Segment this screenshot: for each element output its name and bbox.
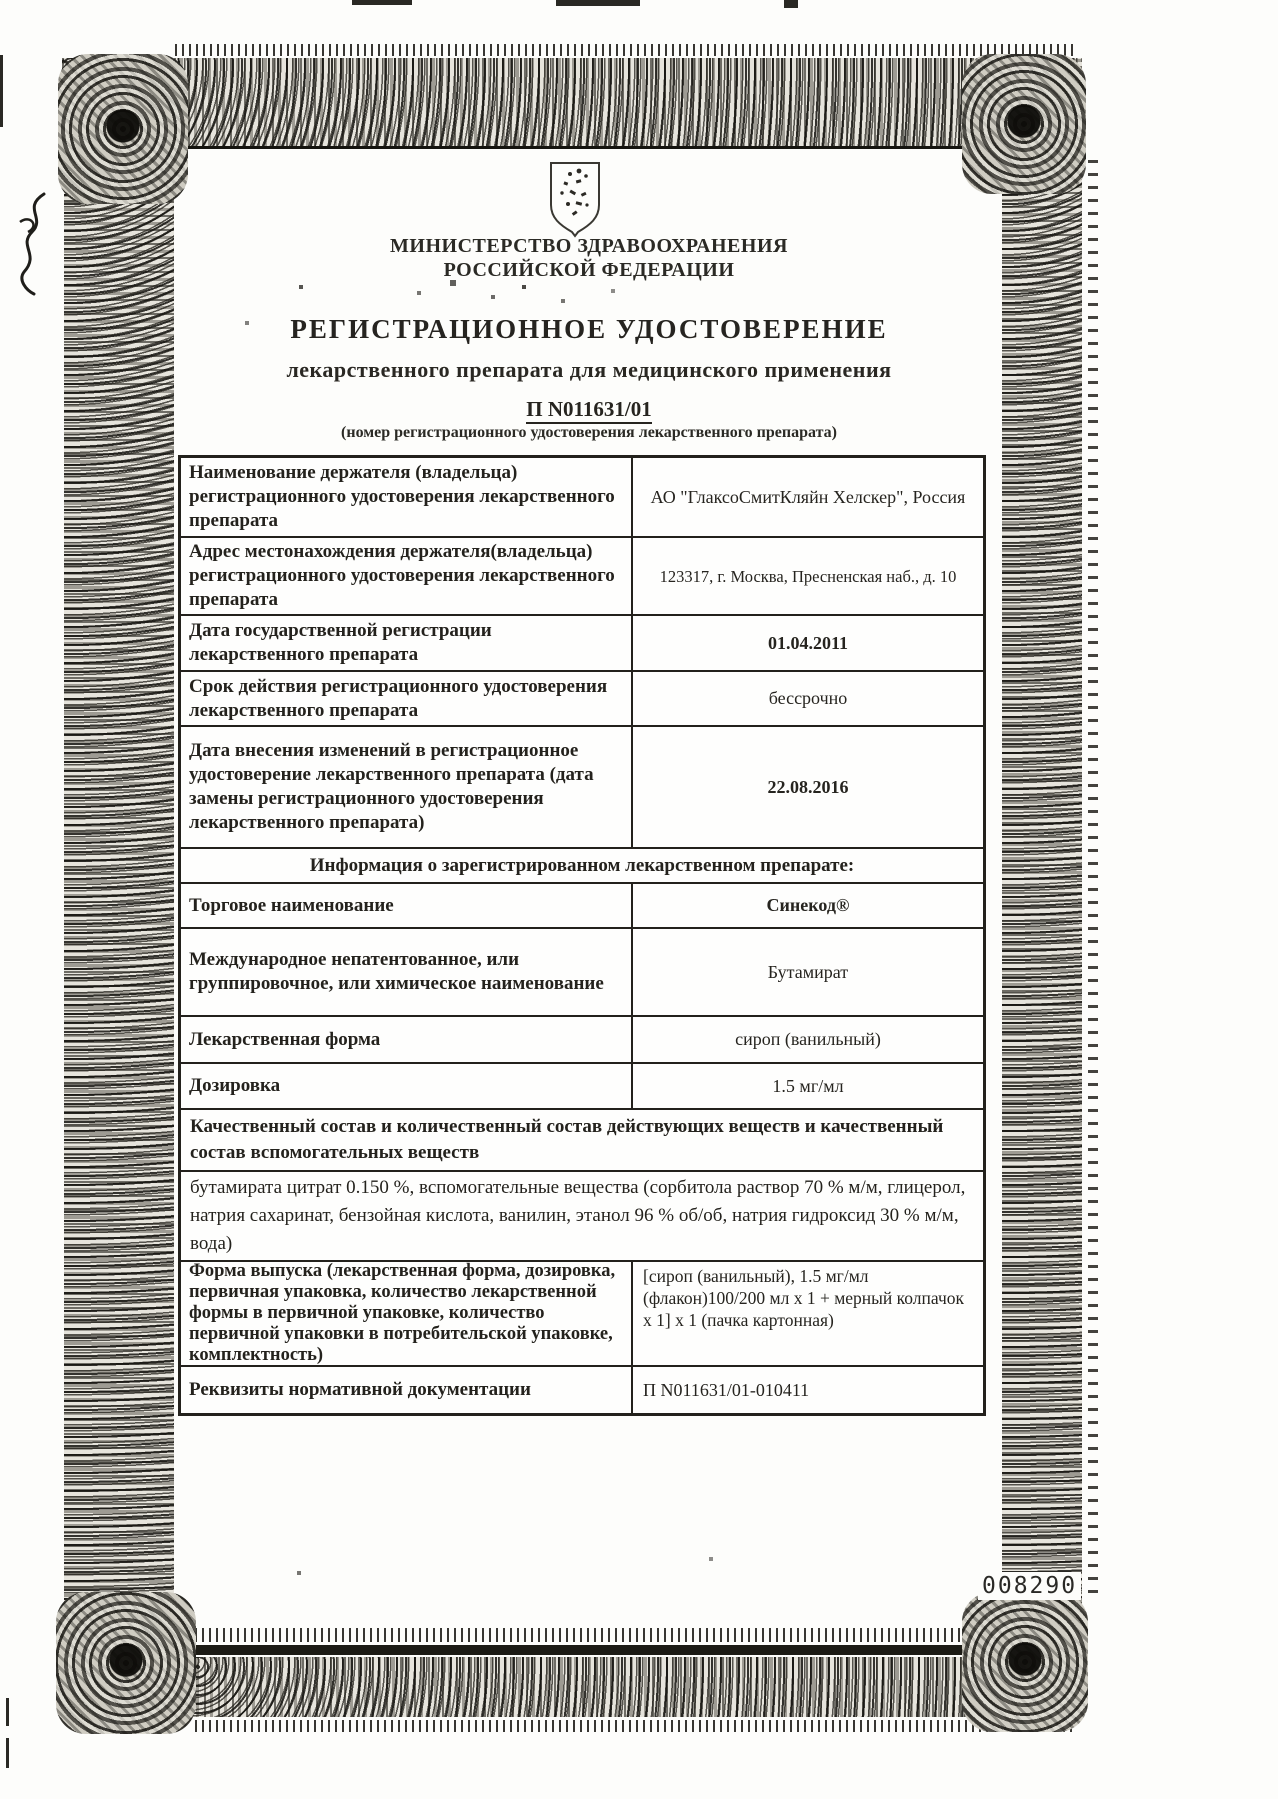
section-header: Качественный состав и количественный сос… — [181, 1110, 983, 1170]
row-info-header: Информация о зарегистрированном лекарств… — [181, 849, 983, 884]
row-composition: бутамирата цитрат 0.150 %, вспомогательн… — [181, 1172, 983, 1262]
row-label: Международное непатентованное, или групп… — [181, 929, 633, 1015]
row-trade-name: Торговое наименование Синекод® — [181, 884, 983, 929]
row-label: Лекарственная форма — [181, 1017, 633, 1062]
frame-corner-bottom-right — [962, 1592, 1088, 1732]
row-value: Синекод® — [633, 884, 983, 927]
frame-rule-bottom — [195, 1645, 1082, 1655]
registration-number-caption: (номер регистрационного удостоверения ле… — [174, 424, 1004, 442]
row-label: Торговое наименование — [181, 884, 633, 927]
row-label: Срок действия регистрационного удостовер… — [181, 672, 633, 725]
row-release-form: Форма выпуска (лекарственная форма, дози… — [181, 1262, 983, 1367]
row-label: Адрес местонахождения держателя(владельц… — [181, 538, 633, 614]
scan-speckles — [0, 0, 2, 2]
scan-artifact — [556, 0, 640, 6]
scan-artifact — [6, 1698, 9, 1726]
scan-artifact — [784, 0, 798, 8]
russian-coat-of-arms-icon — [546, 160, 604, 240]
frame-band-right — [1002, 58, 1082, 1608]
scan-artifact — [352, 0, 412, 5]
row-label: Дата государственной регистрации лекарст… — [181, 616, 633, 670]
row-label: Дозировка — [181, 1064, 633, 1108]
certificate-table: Наименование держателя (владельца) регис… — [178, 455, 986, 1416]
handwritten-mark — [10, 188, 54, 298]
row-value: бессрочно — [633, 672, 983, 725]
row-value: 123317, г. Москва, Пресненская наб., д. … — [633, 538, 983, 614]
document-subtitle: лекарственного препарата для медицинског… — [174, 357, 1004, 383]
registration-number: П N011631/01 — [174, 397, 1004, 422]
row-value: сироп (ванильный) — [633, 1017, 983, 1062]
section-header: Информация о зарегистрированном лекарств… — [181, 849, 983, 882]
document-title: РЕГИСТРАЦИОННОЕ УДОСТОВЕРЕНИЕ — [174, 314, 1004, 345]
composition-text: бутамирата цитрат 0.150 %, вспомогательн… — [181, 1172, 983, 1260]
row-value: П N011631/01-010411 — [633, 1367, 983, 1413]
scan-artifact — [0, 55, 3, 127]
frame-band-bottom — [190, 1657, 1082, 1717]
frame-ticks-bottom-outer — [195, 1720, 1075, 1732]
row-dosage-form: Лекарственная форма сироп (ванильный) — [181, 1017, 983, 1064]
frame-band-left — [64, 58, 174, 1603]
row-value: [сироп (ванильный), 1.5 мг/мл (флакон)10… — [633, 1262, 983, 1365]
frame-corner-top-right — [962, 54, 1086, 194]
frame-band-top — [62, 58, 1082, 149]
frame-corner-top-left — [58, 54, 188, 204]
frame-ticks-bottom-inner — [195, 1628, 1075, 1642]
row-label: Форма выпуска (лекарственная форма, дози… — [181, 1262, 633, 1365]
row-value: Бутамират — [633, 929, 983, 1015]
serial-number: 008290 — [978, 1572, 1081, 1600]
scan-artifact — [6, 1738, 9, 1768]
ministry-line-2: РОССИЙСКОЙ ФЕДЕРАЦИИ — [174, 258, 1004, 282]
ministry-line-1: МИНИСТЕРСТВО ЗДРАВООХРАНЕНИЯ — [174, 234, 1004, 258]
row-validity: Срок действия регистрационного удостовер… — [181, 672, 983, 727]
row-amendment-date: Дата внесения изменений в регистрационно… — [181, 727, 983, 849]
frame-ticks-top — [175, 44, 1075, 56]
frame-ticks-right — [1088, 160, 1098, 1600]
scanned-certificate-page: МИНИСТЕРСТВО ЗДРАВООХРАНЕНИЯ РОССИЙСКОЙ … — [0, 0, 1278, 1799]
row-value: 1.5 мг/мл — [633, 1064, 983, 1108]
row-value: АО "ГлаксоСмитКляйн Хелскер", Россия — [633, 458, 983, 536]
row-value: 22.08.2016 — [633, 727, 983, 847]
row-composition-header: Качественный состав и количественный сос… — [181, 1110, 983, 1172]
row-label: Дата внесения изменений в регистрационно… — [181, 727, 633, 847]
row-value: 01.04.2011 — [633, 616, 983, 670]
row-holder-address: Адрес местонахождения держателя(владельц… — [181, 538, 983, 616]
row-registration-date: Дата государственной регистрации лекарст… — [181, 616, 983, 672]
row-label: Наименование держателя (владельца) регис… — [181, 458, 633, 536]
frame-corner-bottom-left — [56, 1592, 196, 1734]
ministry-header: МИНИСТЕРСТВО ЗДРАВООХРАНЕНИЯ РОССИЙСКОЙ … — [174, 234, 1004, 282]
row-dosage: Дозировка 1.5 мг/мл — [181, 1064, 983, 1110]
row-holder-name: Наименование держателя (владельца) регис… — [181, 458, 983, 538]
row-label: Реквизиты нормативной документации — [181, 1367, 633, 1413]
row-normative-docs: Реквизиты нормативной документации П N01… — [181, 1367, 983, 1413]
row-inn: Международное непатентованное, или групп… — [181, 929, 983, 1017]
